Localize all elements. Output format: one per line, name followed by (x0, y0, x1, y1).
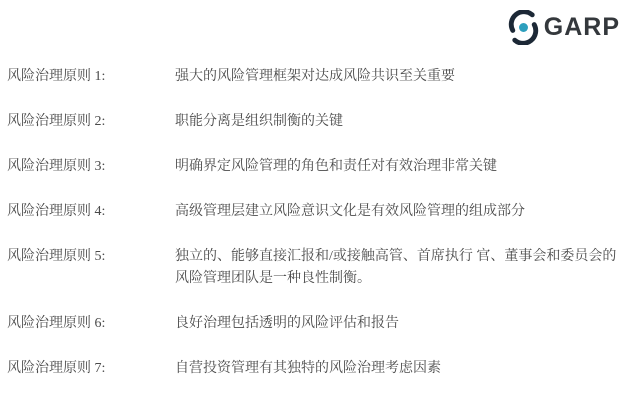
document-page: GARP 风险治理原则 1: 强大的风险管理框架对达成风险共识至关重要 风险治理… (0, 0, 630, 395)
principle-text: 职能分离是组织制衡的关键 (175, 111, 620, 133)
garp-logo-text: GARP (544, 15, 620, 40)
principle-label: 风险治理原则 6: (7, 313, 175, 335)
garp-logo: GARP (506, 10, 620, 45)
principle-text: 明确界定风险管理的角色和责任对有效治理非常关键 (175, 156, 620, 178)
principle-text: 高级管理层建立风险意识文化是有效风险管理的组成部分 (175, 201, 620, 223)
principle-text: 强大的风险管理框架对达成风险共识至关重要 (175, 66, 620, 88)
principle-label: 风险治理原则 4: (7, 201, 175, 223)
principle-row: 风险治理原则 6: 良好治理包括透明的风险评估和报告 (7, 313, 620, 335)
principle-text: 独立的、能够直接汇报和/或接触高管、首席执行 官、董事会和委员会的 风险管理团队… (175, 246, 620, 290)
principle-row: 风险治理原则 4: 高级管理层建立风险意识文化是有效风险管理的组成部分 (7, 201, 620, 223)
principle-row: 风险治理原则 5: 独立的、能够直接汇报和/或接触高管、首席执行 官、董事会和委… (7, 246, 620, 290)
principle-row: 风险治理原则 3: 明确界定风险管理的角色和责任对有效治理非常关键 (7, 156, 620, 178)
principles-list: 风险治理原则 1: 强大的风险管理框架对达成风险共识至关重要 风险治理原则 2:… (7, 66, 620, 395)
principle-row: 风险治理原则 2: 职能分离是组织制衡的关键 (7, 111, 620, 133)
principle-text: 良好治理包括透明的风险评估和报告 (175, 313, 620, 335)
principle-label: 风险治理原则 5: (7, 246, 175, 290)
principle-label: 风险治理原则 7: (7, 358, 175, 380)
principle-label: 风险治理原则 3: (7, 156, 175, 178)
principle-label: 风险治理原则 2: (7, 111, 175, 133)
principle-row: 风险治理原则 1: 强大的风险管理框架对达成风险共识至关重要 (7, 66, 620, 88)
principle-label: 风险治理原则 1: (7, 66, 175, 88)
principle-text: 自营投资管理有其独特的风险治理考虑因素 (175, 358, 620, 380)
garp-eye-icon (506, 10, 541, 45)
principle-row: 风险治理原则 7: 自营投资管理有其独特的风险治理考虑因素 (7, 358, 620, 380)
